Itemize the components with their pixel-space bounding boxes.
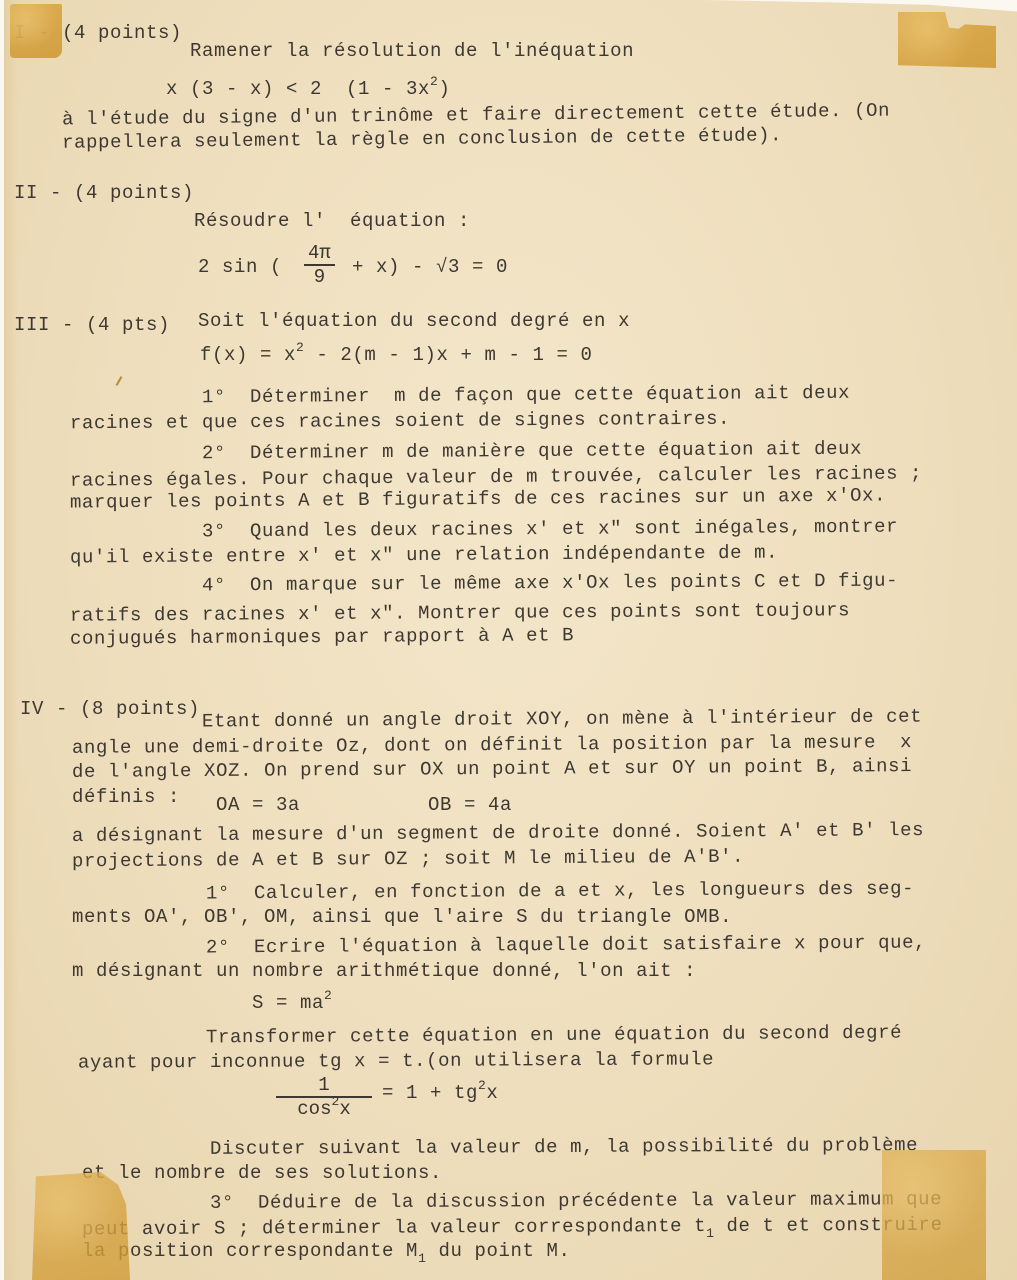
exercise-2-equation-end: + x) - √3 = 0 (352, 256, 508, 278)
exercise-4-line: ments OA', OB', OM, ainsi que l'aire S d… (72, 906, 732, 928)
exercise-4-line: de l'angle XOZ. On prend sur OX un point… (72, 755, 912, 783)
exercise-3-line: ratifs des racines x' et x". Montrer que… (70, 599, 850, 626)
exercise-3-line: 1° Déterminer m de façon que cette équat… (202, 382, 850, 409)
exercise-3-line: 4° On marque sur le même axe x'Ox les po… (202, 570, 898, 597)
exercise-4-line: m désignant un nombre arithmétique donné… (72, 960, 696, 982)
exercise-3-equation: f(x) = x2 - 2(m - 1)x + m - 1 = 0 (200, 344, 592, 368)
exercise-4-line: 2° Ecrire l'équation à laquelle doit sat… (206, 931, 926, 958)
area-equation: S = ma2 (252, 992, 332, 1016)
exercise-4-line: Transformer cette équation en une équati… (206, 1022, 902, 1049)
exercise-3-line: 3° Quand les deux racines x' et x" sont … (202, 516, 898, 543)
torn-edge (704, 0, 1017, 12)
exercise-2-heading: II - (4 points) (14, 182, 194, 204)
exercise-4-line: ayant pour inconnue tg x = t.(on utilise… (78, 1048, 714, 1073)
exercise-4-line: angle une demi-droite Oz, dont on défini… (72, 731, 912, 759)
exercise-2-line: Résoudre l' équation : (194, 210, 470, 232)
exercise-4-line: peut avoir S ; déterminer la valeur corr… (82, 1214, 943, 1243)
exercise-1-line: Ramener la résolution de l'inéquation (190, 40, 634, 62)
exercise-3-line: qu'il existe entre x' et x" une relation… (70, 542, 778, 569)
adhesive-tape (882, 1150, 986, 1280)
exercise-1-inequation: x (3 - x) < 2 (1 - 3x2) (166, 78, 450, 102)
exercise-4-line: Discuter suivant la valeur de m, la poss… (210, 1134, 918, 1160)
adhesive-tape (32, 1172, 130, 1280)
fraction-4pi-over-9: 4π 9 (304, 242, 335, 288)
exercise-4-line: Etant donné un angle droit XOY, on mène … (202, 705, 922, 732)
exercise-4-line: 1° Calculer, en fonction de a et x, les … (206, 878, 914, 905)
exercise-3-heading: III - (4 pts) (14, 314, 170, 336)
exercise-4-line: a désignant la mesure d'un segment de dr… (72, 819, 924, 847)
exercise-4-line: et le nombre de ses solutions. (82, 1162, 442, 1184)
exercise-2-equation-start: 2 sin ( (198, 256, 282, 278)
ink-mark (116, 376, 123, 386)
exercise-3-line: Soit l'équation du second degré en x (198, 310, 630, 332)
exercise-4-line: 3° Déduire de la discussion précédente l… (210, 1188, 942, 1214)
exercise-3-line: conjugués harmoniques par rapport à A et… (70, 624, 574, 650)
exercise-3-line: racines et que ces racines soient de sig… (70, 408, 730, 435)
oa-definition: OA = 3a (216, 794, 300, 816)
adhesive-tape (898, 12, 996, 68)
exercise-4-line: la position correspondante M1 du point M… (82, 1240, 571, 1264)
exercise-4-heading: IV - (8 points) (20, 698, 200, 720)
trig-identity-rhs: = 1 + tg2x (382, 1082, 498, 1106)
exam-sheet: I - (4 points) Ramener la résolution de … (4, 0, 1017, 1280)
exercise-4-line: projections de A et B sur OZ ; soit M le… (72, 846, 744, 873)
ob-definition: OB = 4a (428, 794, 512, 816)
exercise-3-line: 2° Déterminer m de manière que cette équ… (202, 438, 862, 465)
adhesive-tape (10, 4, 62, 58)
exercise-4-line: définis : (72, 786, 180, 808)
fraction-1-over-cos2x: 1 cos2x (276, 1074, 372, 1120)
